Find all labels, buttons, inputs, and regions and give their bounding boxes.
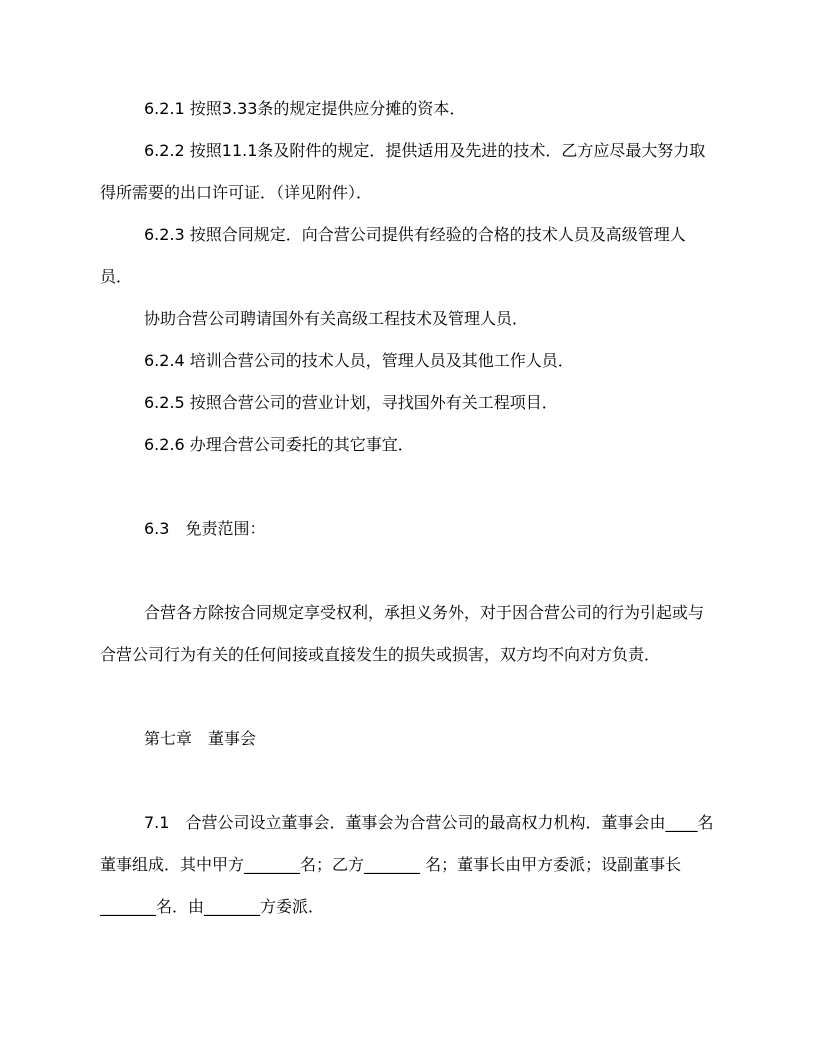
clause-6-2-1: 6.2.1 按照3.33条的规定提供应分摊的资本．	[100, 88, 714, 130]
clause-6-2-4: 6.2.4 培训合营公司的技术人员，管理人员及其他工作人员．	[100, 340, 714, 382]
chapter-7-heading: 第七章 董事会	[100, 718, 714, 760]
clause-6-3-body: 合营各方除按合同规定享受权利，承担义务外，对于因合营公司的行为引起或与合营公司行…	[100, 592, 714, 676]
document-page: 6.2.1 按照3.33条的规定提供应分摊的资本． 6.2.2 按照11.1条及…	[0, 0, 816, 1056]
clause-7-1: 7.1 合营公司设立董事会．董事会为合营公司的最高权力机构．董事会由____名董…	[100, 802, 714, 928]
clause-6-2-5: 6.2.5 按照合营公司的营业计划，寻找国外有关工程项目．	[100, 382, 714, 424]
clause-6-2-3: 6.2.3 按照合同规定．向合营公司提供有经验的合格的技术人员及高级管理人员．	[100, 214, 714, 298]
clause-6-2-6: 6.2.6 办理合营公司委托的其它事宜．	[100, 424, 714, 466]
clause-6-2-2: 6.2.2 按照11.1条及附件的规定．提供适用及先进的技术．乙方应尽最大努力取…	[100, 130, 714, 214]
clause-6-3-heading: 6.3 免责范围：	[100, 508, 714, 550]
clause-6-2-3-assist: 协助合营公司聘请国外有关高级工程技术及管理人员．	[100, 298, 714, 340]
